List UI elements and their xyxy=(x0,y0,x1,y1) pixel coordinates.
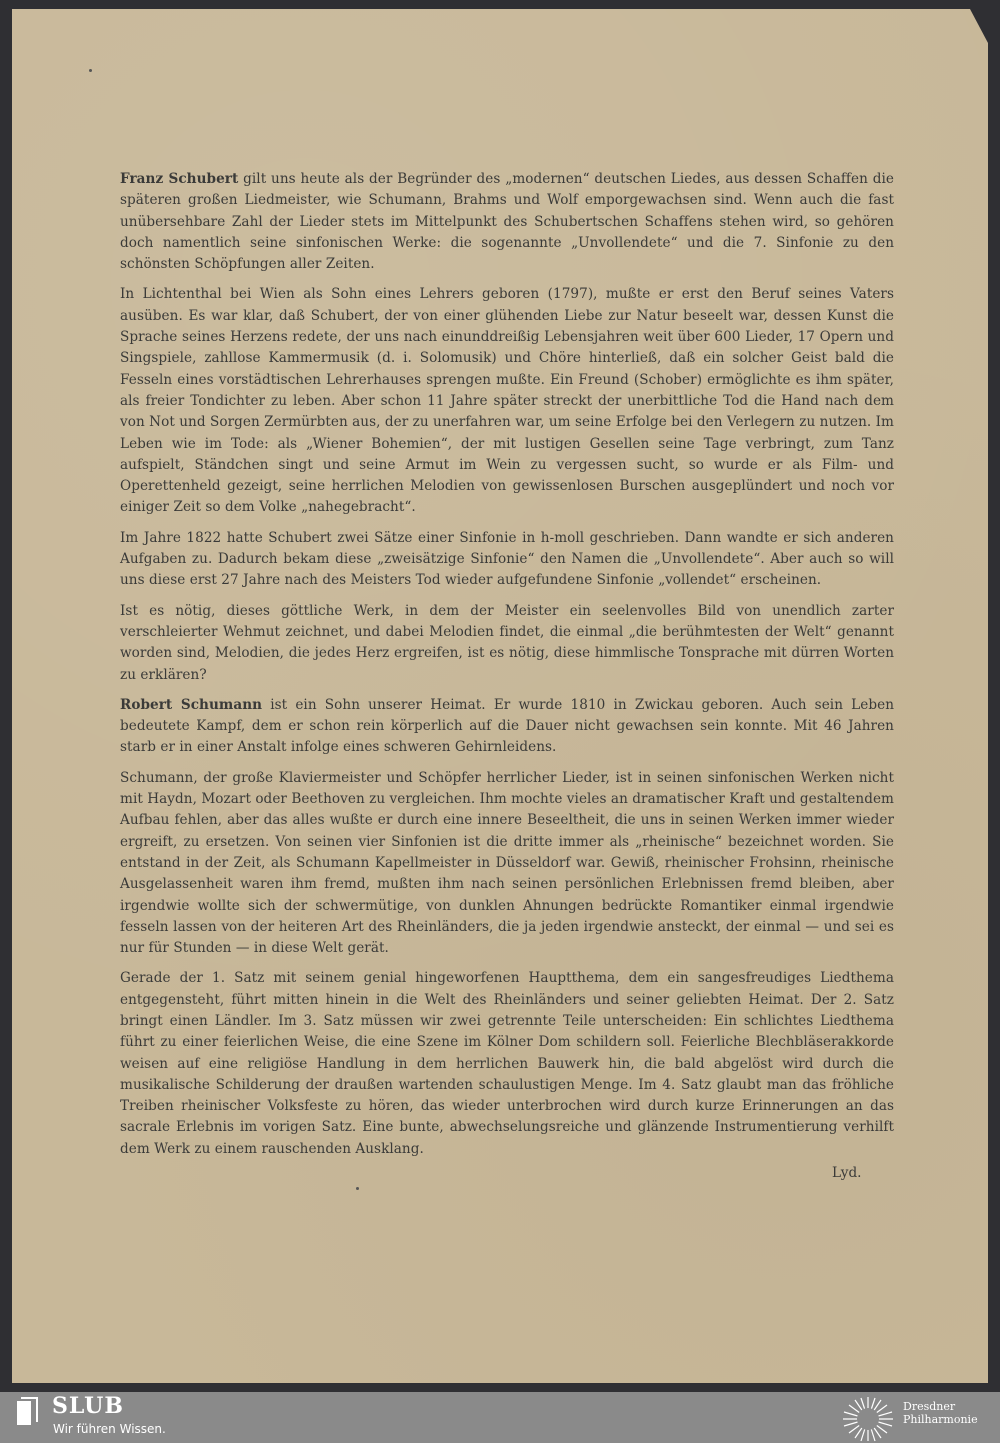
slub-logo-tagline: Wir führen Wissen. xyxy=(53,1422,166,1436)
paragraph-schumann-intro: Robert Schumann ist ein Sohn unserer Hei… xyxy=(120,695,894,759)
footer-bar: SLUB Wir führen Wissen. Dresdner Philhar… xyxy=(0,1392,1000,1443)
paragraph-rhetorical-question: Ist es nötig, dieses göttliche Werk, in … xyxy=(120,601,894,686)
paragraph-lead: Robert Schumann xyxy=(120,697,262,713)
paragraph-schubert-intro: Franz Schubert gilt uns heute als der Be… xyxy=(120,169,894,275)
paper-speck xyxy=(356,1187,359,1190)
author-signature: Lyd. xyxy=(832,1165,862,1181)
document-body: Franz Schubert gilt uns heute als der Be… xyxy=(120,169,894,1169)
paragraph-movements: Gerade der 1. Satz mit seinem genial hin… xyxy=(120,968,894,1160)
paragraph-unfinished-symphony: Im Jahre 1822 hatte Schubert zwei Sätze … xyxy=(120,528,894,592)
paragraph-lead: Franz Schubert xyxy=(120,171,238,187)
scanned-page: Franz Schubert gilt uns heute als der Be… xyxy=(12,9,988,1383)
slub-logo-name: SLUB xyxy=(52,1393,124,1419)
slub-book-icon xyxy=(13,1397,41,1427)
dresdner-philharmonie-logo-text: Dresdner Philharmonie xyxy=(903,1400,978,1426)
paragraph-schumann-rhenish: Schumann, der große Klaviermeister und S… xyxy=(120,768,894,960)
paragraph-schubert-life: In Lichtenthal bei Wien als Sohn eines L… xyxy=(120,284,894,518)
dresdner-philharmonie-sunburst-icon xyxy=(842,1396,894,1442)
paper-speck xyxy=(89,69,92,72)
